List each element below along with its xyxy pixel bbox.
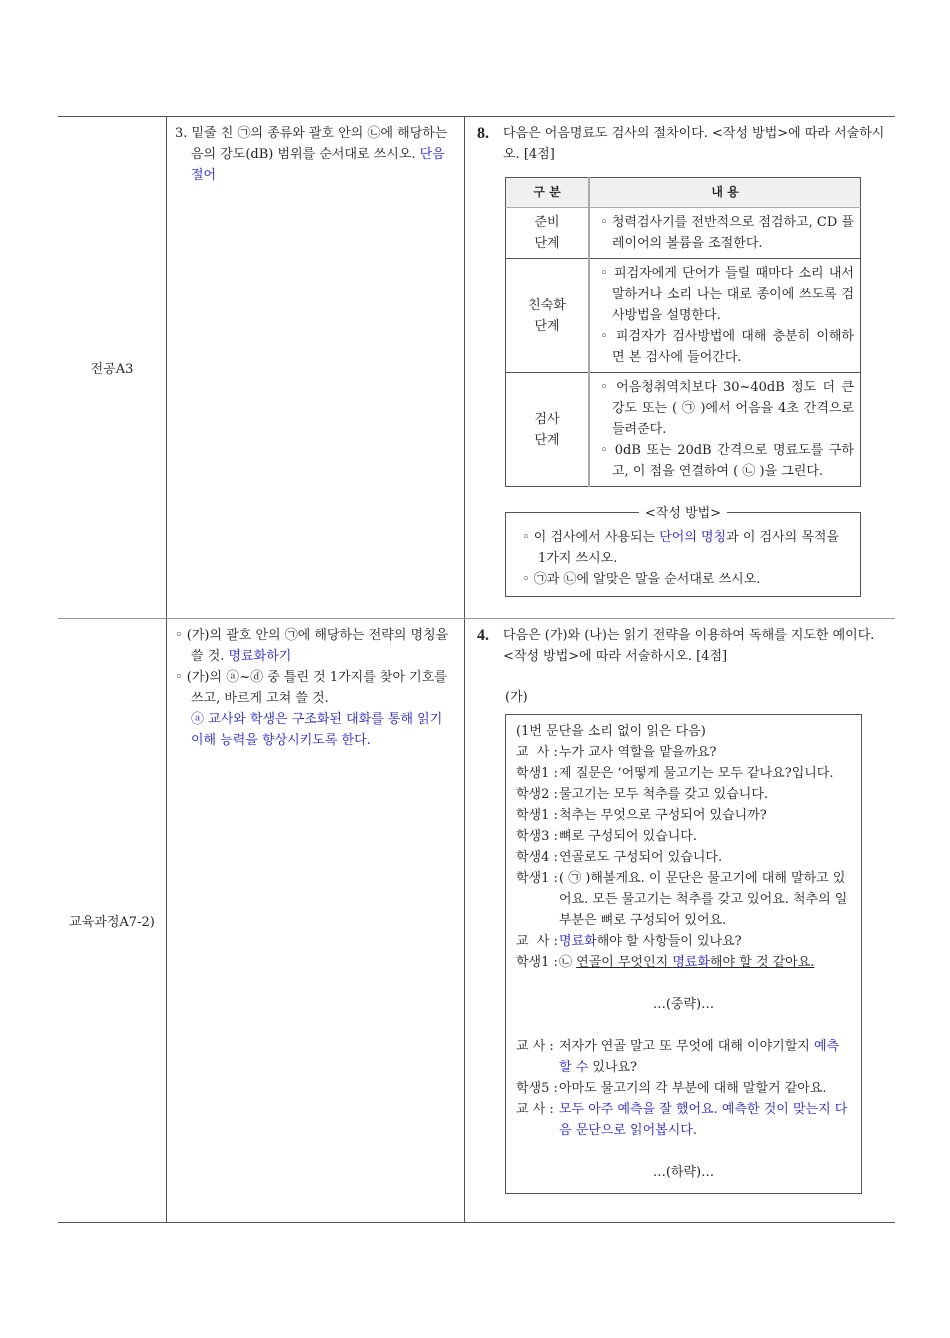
answer-text: ⓐ 교사와 학생은 구조화된 대화를 통해 읽기 이해 능력을 향상시키도록 한…	[175, 709, 456, 751]
note-cell: ◦ (가)의 괄호 안의 ㉠에 해당하는 전략의 명칭을 쓸 것. 명료화하기 …	[167, 619, 465, 1222]
dialog-line: 학생1 :척추는 무엇으로 구성되어 있습니까?	[516, 805, 851, 826]
dialog-intro: (1번 문단을 소리 없이 읽은 다음)	[516, 721, 851, 742]
dialog-line: 교 사 :모두 아주 예측을 잘 했어요. 예측한 것이 맞는지 다음 문단으로…	[516, 1099, 851, 1141]
dialog-line: 교 사 :누가 교사 역할을 맡을까요?	[516, 742, 851, 763]
source-label: 전공A3	[58, 117, 167, 618]
stage-cell: 준비단계	[506, 208, 590, 259]
dialog-line: 학생2 :물고기는 모두 척추를 갖고 있습니다.	[516, 784, 851, 805]
note-item: ◦ (가)의 괄호 안의 ㉠에 해당하는 전략의 명칭을 쓸 것. 명료화하기	[175, 625, 456, 667]
dialog-box: (1번 문단을 소리 없이 읽은 다음) 교 사 :누가 교사 역할을 맡을까요…	[505, 714, 862, 1194]
header-content: 내 용	[589, 178, 861, 208]
question-text: 다음은 어음명료도 검사의 절차이다. <작성 방법>에 따라 서술하시오. […	[503, 123, 887, 165]
content-cell: ◦ 피검자에게 단어가 들릴 때마다 소리 내서 말하거나 소리 나는 대로 종…	[589, 259, 861, 373]
source-label: 교육과정A7-2)	[58, 619, 167, 1222]
content-cell: ◦ 청력검사기를 전반적으로 점검하고, CD 플레이어의 볼륨을 조절한다.	[589, 208, 861, 259]
note-text: 3. 밑줄 친 ㉠의 종류와 괄호 안의 ㉡에 해당하는 음의 강도(dB) 범…	[175, 123, 456, 186]
question-text: 다음은 (가)와 (나)는 읽기 전략을 이용하여 독해를 지도한 예이다. <…	[503, 625, 887, 667]
question-cell: 8. 다음은 어음명료도 검사의 절차이다. <작성 방법>에 따라 서술하시오…	[465, 117, 895, 618]
dialog-line: 학생1 :( ㉠ )해볼게요. 이 문단은 물고기에 대해 말하고 있어요. 모…	[516, 868, 851, 931]
section-label: (가)	[505, 687, 887, 708]
question-number: 4.	[477, 625, 503, 667]
method-item: ◦ 이 검사에서 사용되는 단어의 명칭과 이 검사의 목적을 1가지 쓰시오.	[522, 527, 850, 569]
table-row: 전공A3 3. 밑줄 친 ㉠의 종류와 괄호 안의 ㉡에 해당하는 음의 강도(…	[58, 117, 895, 618]
question-cell: 4. 다음은 (가)와 (나)는 읽기 전략을 이용하여 독해를 지도한 예이다…	[465, 619, 895, 1222]
omission-marker: …(하략)…	[516, 1162, 851, 1183]
writing-method-box: <작성 방법> ◦ 이 검사에서 사용되는 단어의 명칭과 이 검사의 목적을 …	[505, 512, 861, 597]
omission-marker: …(중략)…	[516, 994, 851, 1015]
stage-cell: 검사단계	[506, 373, 590, 487]
writing-method-title: <작성 방법>	[506, 503, 860, 524]
dialog-line: 교 사 :명료화해야 할 사항들이 있나요?	[516, 931, 851, 952]
dialog-line: 학생1 :제 질문은 ‘어떻게 물고기는 모두 같나요?입니다.	[516, 763, 851, 784]
header-stage: 구 분	[506, 178, 590, 208]
dialog-line: 학생1 :㉡ 연골이 무엇인지 명료화해야 할 것 같아요.	[516, 952, 851, 973]
dialog-line: 학생4 :연골로도 구성되어 있습니다.	[516, 847, 851, 868]
procedure-table: 구 분 내 용 준비단계 ◦ 청력검사기를 전반적으로 점검하고, CD 플레이…	[505, 177, 861, 487]
dialog-line: 교 사 :저자가 연골 말고 또 무엇에 대해 이야기할지 예측할 수 있나요?	[516, 1036, 851, 1078]
stage-cell: 친숙화단계	[506, 259, 590, 373]
content-cell: ◦ 어음청취역치보다 30~40dB 정도 더 큰 강도 또는 ( ㉠ )에서 …	[589, 373, 861, 487]
question-number: 8.	[477, 123, 503, 165]
dialog-line: 학생5 :아마도 물고기의 각 부분에 대해 말할거 같아요.	[516, 1078, 851, 1099]
question-header: 4. 다음은 (가)와 (나)는 읽기 전략을 이용하여 독해를 지도한 예이다…	[477, 625, 887, 667]
note-item: ◦ (가)의 ⓐ~ⓓ 중 틀린 것 1가지를 찾아 기호를 쓰고, 바르게 고쳐…	[175, 667, 456, 709]
question-header: 8. 다음은 어음명료도 검사의 절차이다. <작성 방법>에 따라 서술하시오…	[477, 123, 887, 165]
table-row: 교육과정A7-2) ◦ (가)의 괄호 안의 ㉠에 해당하는 전략의 명칭을 쓸…	[58, 618, 895, 1222]
answer-text: 명료화하기	[229, 649, 292, 664]
method-item: ◦ ㉠과 ㉡에 알맞은 말을 순서대로 쓰시오.	[522, 569, 850, 590]
dialog-line: 학생3 :뼈로 구성되어 있습니다.	[516, 826, 851, 847]
answer-sheet-table: 전공A3 3. 밑줄 친 ㉠의 종류와 괄호 안의 ㉡에 해당하는 음의 강도(…	[58, 116, 895, 1223]
note-cell: 3. 밑줄 친 ㉠의 종류와 괄호 안의 ㉡에 해당하는 음의 강도(dB) 범…	[167, 117, 465, 618]
